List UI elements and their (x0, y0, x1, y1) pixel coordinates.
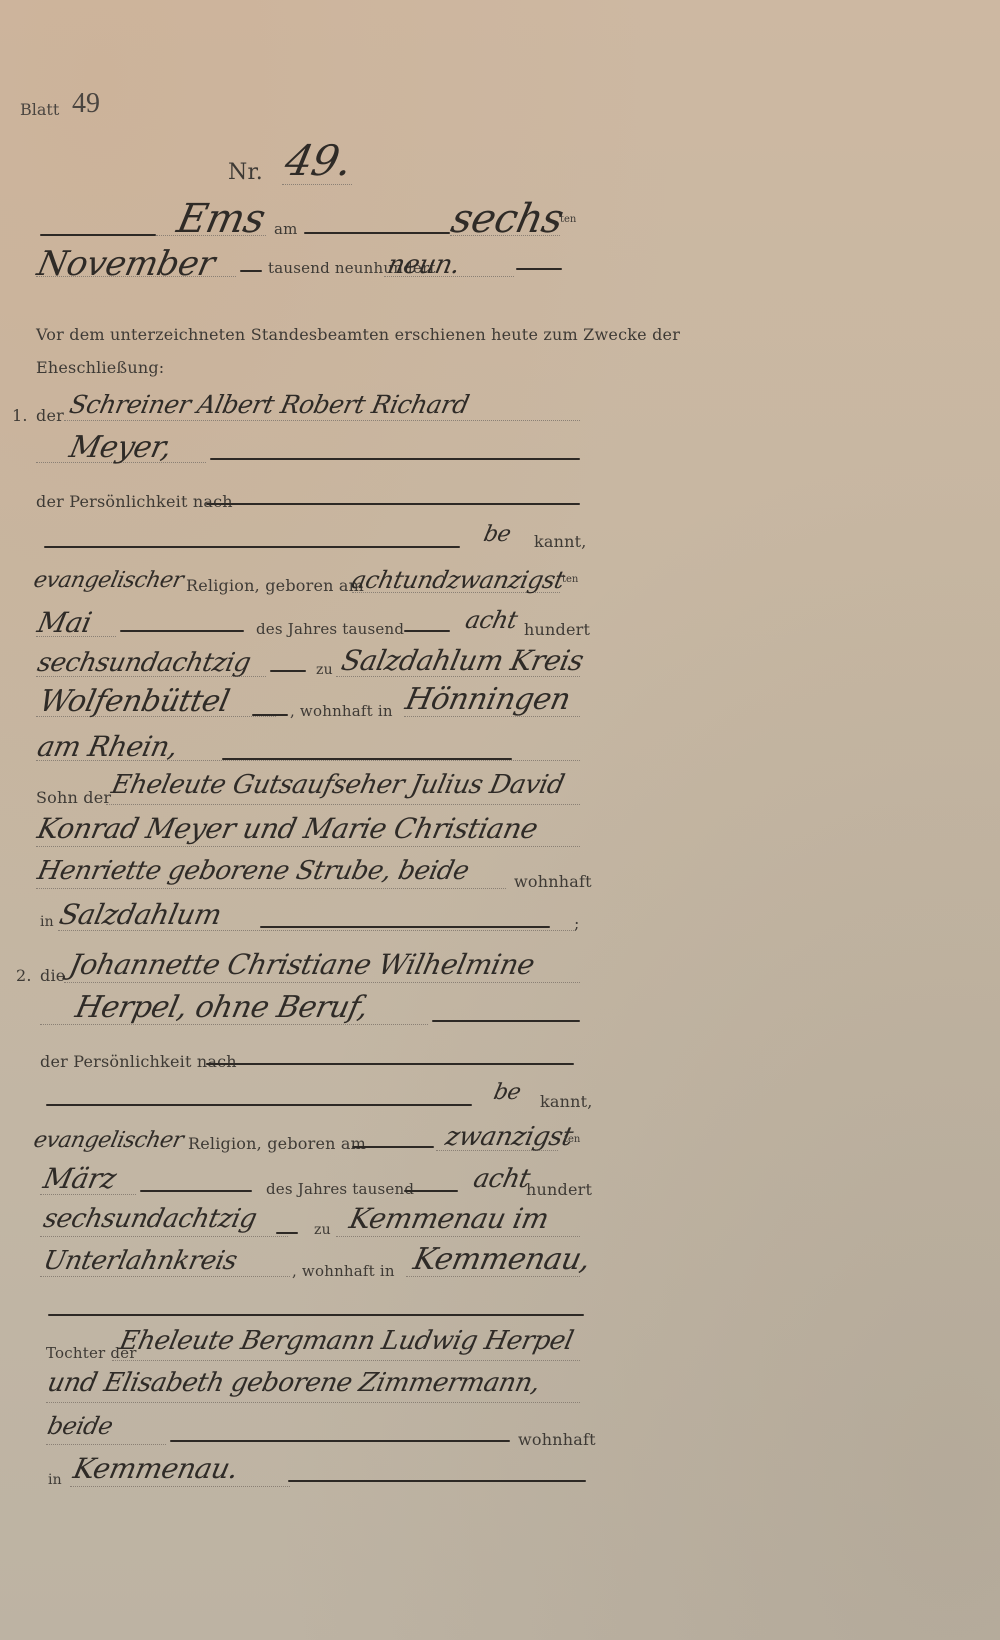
bride-residence-label: , wohnhaft in (292, 1262, 395, 1280)
blank-bar (240, 270, 262, 272)
bride-religion-label: Religion, geboren am (188, 1134, 366, 1153)
place-value: Ems (173, 196, 269, 242)
year-value: neun. (385, 250, 463, 280)
register-page: Blatt 49 Nr. 49. Ems am sechs ten Novemb… (0, 0, 1000, 1640)
blank-bar (40, 234, 156, 236)
groom-parents-residence: Salzdahlum (56, 898, 224, 931)
groom-parents-line-1 (106, 804, 580, 805)
groom-parents-line-2 (36, 846, 580, 847)
bride-parents-line-2 (46, 1402, 580, 1403)
date-am-label: am (274, 220, 298, 238)
bride-parents-residence-label: wohnhaft (518, 1430, 596, 1449)
bride-parents-1: Eheleute Bergmann Ludwig Herpel (117, 1326, 576, 1356)
groom-identity-label: der Persönlichkeit nach (36, 492, 233, 511)
bride-birth-day: zwanzigst (443, 1122, 576, 1152)
bride-birth-year-line (40, 1236, 288, 1237)
groom-birth-day-suffix: ten (562, 574, 578, 585)
bride-birth-year-words: sechsundachtzig (41, 1204, 259, 1234)
blank-bar (276, 1232, 298, 1234)
bride-known-label: kannt, (540, 1092, 593, 1111)
bride-parents-line-3 (46, 1444, 166, 1445)
groom-parents-residence-label: wohnhaft (514, 872, 592, 891)
bride-article: die (40, 966, 65, 985)
sheet-label: Blatt (20, 100, 59, 119)
blank-bar (222, 758, 512, 760)
groom-parents-label: Sohn der (36, 788, 111, 807)
groom-parents-3: Henriette geborene Strube, beide (35, 856, 472, 886)
blank-bar (288, 1480, 586, 1482)
bride-birth-place-2: Unterlahnkreis (41, 1246, 240, 1276)
blank-bar (44, 546, 460, 548)
bride-birth-day-suffix: ten (564, 1134, 580, 1145)
groom-surname: Meyer, (66, 430, 174, 465)
bride-parents-residence: Kemmenau. (70, 1452, 241, 1485)
bride-zu-label: zu (314, 1222, 331, 1238)
bride-parents-2: und Elisabeth geborene Zimmermann, (45, 1368, 543, 1398)
blank-bar (140, 1190, 252, 1192)
blank-bar (432, 1020, 580, 1022)
bride-index: 2. (16, 966, 32, 985)
bride-birth-place-2-line (40, 1276, 290, 1277)
bride-parents-in-label: in (48, 1472, 62, 1488)
bride-birth-place-line (336, 1236, 580, 1237)
blank-bar (206, 1063, 574, 1065)
groom-residence-2: am Rhein, (34, 730, 180, 763)
bride-parents-residence-line (70, 1486, 290, 1487)
blank-bar (252, 714, 288, 716)
blank-bar (404, 1190, 458, 1192)
groom-parents-2: Konrad Meyer und Marie Christiane (34, 812, 540, 845)
groom-hundred-label: hundert (524, 620, 590, 639)
groom-occupation-name: Schreiner Albert Robert Richard (67, 390, 472, 419)
blank-bar (304, 232, 450, 234)
bride-parents-3: beide (45, 1412, 115, 1440)
sheet-number: 49 (72, 88, 100, 120)
bride-birth-place: Kemmenau im (346, 1202, 551, 1235)
blank-bar (404, 630, 450, 632)
day-value: sechs (447, 196, 567, 242)
bride-identity-label: der Persönlichkeit nach (40, 1052, 237, 1071)
intro-line-1: Vor dem unterzeichneten Standesbeamten e… (36, 325, 680, 344)
bride-name-line (64, 982, 580, 983)
bride-parents-line-1 (112, 1360, 580, 1361)
groom-residence-label: , wohnhaft in (290, 702, 393, 720)
bride-known-value: be (491, 1080, 522, 1105)
blank-bar (516, 268, 562, 270)
groom-index: 1. (12, 406, 28, 425)
day-suffix: ten (560, 214, 576, 225)
bride-birth-month: März (40, 1162, 119, 1195)
groom-known-value: be (481, 522, 512, 547)
groom-residence: Hönningen (402, 682, 573, 717)
groom-birth-place: Salzdahlum Kreis (338, 644, 586, 677)
groom-known-label: kannt, (534, 532, 587, 551)
blank-bar (46, 1104, 472, 1106)
groom-name-line (64, 420, 580, 421)
groom-religion: evangelischer (31, 568, 185, 593)
blank-bar (210, 458, 580, 460)
groom-parents-line-3 (36, 888, 506, 889)
groom-religion-label: Religion, geboren am (186, 576, 364, 595)
intro-line-2: Eheschließung: (36, 358, 164, 377)
groom-terminator: ; (574, 914, 580, 933)
groom-birth-year-words: sechsundachtzig (35, 648, 253, 678)
groom-parents-in-label: in (40, 914, 54, 930)
groom-birth-century: acht (463, 606, 520, 634)
groom-birth-month: Mai (34, 606, 94, 639)
blank-bar (270, 670, 306, 672)
blank-bar (170, 1440, 510, 1442)
blank-bar (206, 503, 580, 505)
blank-bar (260, 926, 550, 928)
blank-bar (120, 630, 244, 632)
bride-birth-century: acht (471, 1164, 533, 1194)
bride-surname-occupation: Herpel, ohne Beruf, (72, 990, 371, 1025)
bride-residence: Kemmenau, (410, 1242, 593, 1277)
blank-bar (48, 1314, 584, 1316)
blank-bar (352, 1146, 434, 1148)
bride-given-names: Johannette Christiane Wilhelmine (66, 948, 537, 981)
entry-number-label: Nr. (228, 160, 263, 185)
groom-parents-1: Eheleute Gutsaufseher Julius David (109, 770, 567, 800)
bride-religion: evangelischer (31, 1128, 185, 1153)
groom-birth-day: achtundzwanzigst (349, 566, 567, 594)
groom-birth-place-2: Wolfenbüttel (36, 684, 232, 719)
groom-zu-label: zu (316, 662, 333, 678)
bride-hundred-label: hundert (526, 1180, 592, 1199)
groom-year-label: des Jahres tausend (256, 620, 404, 638)
bride-year-label: des Jahres tausend (266, 1180, 414, 1198)
month-value: November (34, 244, 218, 284)
entry-number-value: 49. (281, 136, 357, 185)
groom-article: der (36, 406, 64, 425)
